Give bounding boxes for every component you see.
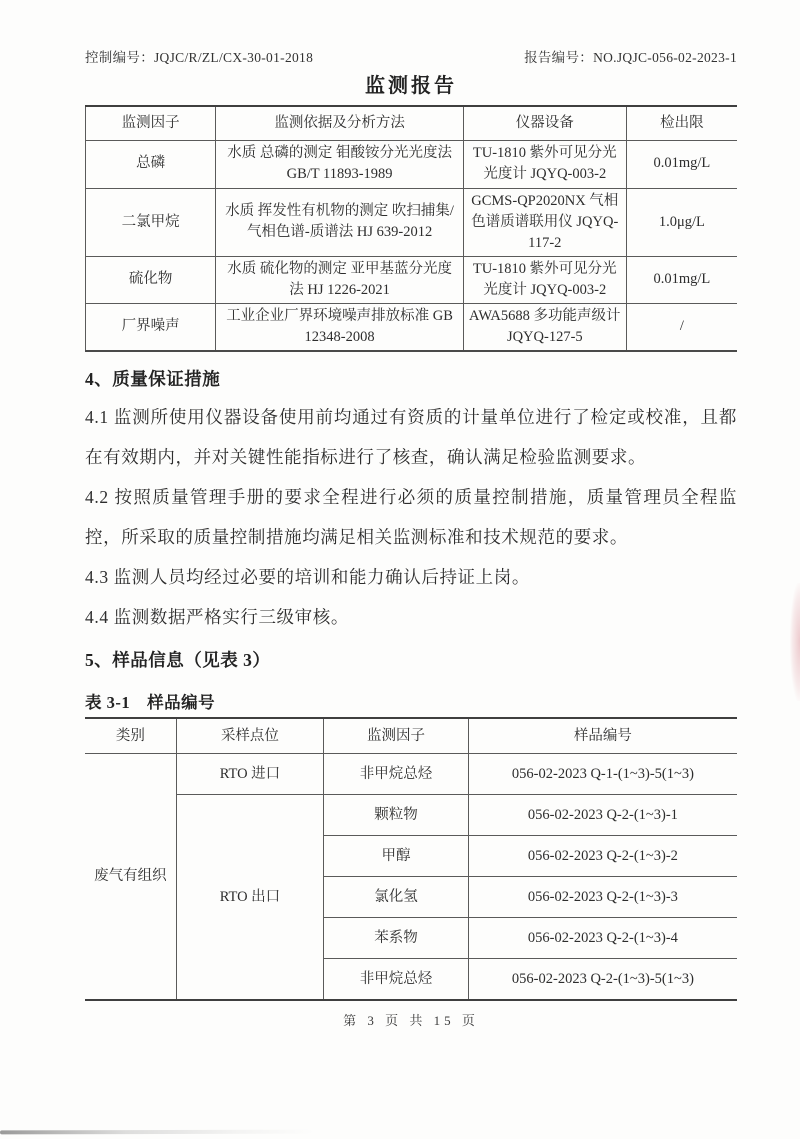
cell-sample-no: 056-02-2023 Q-2-(1~3)-5(1~3) <box>468 959 737 1000</box>
cell-factor: 总磷 <box>86 140 216 188</box>
methods-table-header-row: 监测因子 监测依据及分析方法 仪器设备 检出限 <box>86 106 738 140</box>
cell-instrument: TU-1810 紫外可见分光光度计 JQYQ-003-2 <box>463 256 626 303</box>
page-content: 控制编号：JQJC/R/ZL/CX-30-01-2018 报告编号：NO.JQJ… <box>85 46 737 1029</box>
cell-sample-no: 056-02-2023 Q-2-(1~3)-2 <box>468 836 737 877</box>
methods-table: 监测因子 监测依据及分析方法 仪器设备 检出限 总磷 水质 总磷的测定 钼酸铵分… <box>85 105 737 352</box>
cell-point: RTO 进口 <box>176 754 323 795</box>
samples-table-caption: 表 3-1 样品编号 <box>85 689 737 713</box>
cell-instrument: AWA5688 多功能声级计 JQYQ-127-5 <box>463 303 626 351</box>
document-header: 控制编号：JQJC/R/ZL/CX-30-01-2018 报告编号：NO.JQJ… <box>85 46 737 66</box>
cell-method: 水质 硫化物的测定 亚甲基蓝分光度法 HJ 1226-2021 <box>216 256 464 303</box>
cell-factor: 非甲烷总烃 <box>324 959 469 1000</box>
column-header-instrument: 仪器设备 <box>463 106 626 140</box>
column-header-category: 类别 <box>85 718 176 754</box>
column-header-method: 监测依据及分析方法 <box>216 106 464 140</box>
cell-method: 工业企业厂界环境噪声排放标准 GB 12348-2008 <box>216 303 464 351</box>
stamp-bleed-artifact <box>790 583 800 701</box>
column-header-limit: 检出限 <box>626 106 737 140</box>
cell-limit: 0.01mg/L <box>626 140 737 188</box>
table-row: 厂界噪声 工业企业厂界环境噪声排放标准 GB 12348-2008 AWA568… <box>86 303 738 351</box>
paragraph-4-2: 4.2 按照质量管理手册的要求全程进行必须的质量控制措施，质量管理员全程监控，所… <box>85 477 737 557</box>
cell-factor: 氯化氢 <box>324 877 469 918</box>
cell-category: 废气有组织 <box>85 754 176 1000</box>
paragraph-4-3: 4.3 监测人员均经过必要的培训和能力确认后持证上岗。 <box>85 557 737 597</box>
paragraph-4-1: 4.1 监测所使用仪器设备使用前均通过有资质的计量单位进行了检定或校准，且都在有… <box>85 397 737 477</box>
table-row: 总磷 水质 总磷的测定 钼酸铵分光光度法 GB/T 11893-1989 TU-… <box>86 140 738 188</box>
table-row: 二氯甲烷 水质 挥发性有机物的测定 吹扫捕集/气相色谱-质谱法 HJ 639-2… <box>86 188 738 256</box>
section-4-heading: 4、质量保证措施 <box>85 366 737 391</box>
cell-limit: 1.0μg/L <box>626 188 737 256</box>
cell-factor: 硫化物 <box>86 256 216 303</box>
cell-factor: 厂界噪声 <box>86 303 216 351</box>
cell-method: 水质 挥发性有机物的测定 吹扫捕集/气相色谱-质谱法 HJ 639-2012 <box>216 188 464 256</box>
table-row: 废气有组织 RTO 进口 非甲烷总烃 056-02-2023 Q-1-(1~3)… <box>85 754 737 795</box>
table-row: RTO 出口 颗粒物 056-02-2023 Q-2-(1~3)-1 <box>85 795 737 836</box>
cell-sample-no: 056-02-2023 Q-2-(1~3)-4 <box>468 918 737 959</box>
cell-limit: 0.01mg/L <box>626 256 737 303</box>
scan-edge-artifact <box>0 1130 315 1135</box>
page-number-indicator: 第 3 页 共 15 页 <box>85 1010 737 1029</box>
column-header-point: 采样点位 <box>176 718 323 754</box>
cell-factor: 二氯甲烷 <box>86 188 216 256</box>
report-number: 报告编号：NO.JQJC-056-02-2023-1 <box>524 46 737 66</box>
cell-factor: 颗粒物 <box>324 795 469 836</box>
cell-point: RTO 出口 <box>176 795 323 1000</box>
samples-table: 类别 采样点位 监测因子 样品编号 废气有组织 RTO 进口 非甲烷总烃 056… <box>85 717 737 1001</box>
table-row: 硫化物 水质 硫化物的测定 亚甲基蓝分光度法 HJ 1226-2021 TU-1… <box>86 256 738 303</box>
document-page: 控制编号：JQJC/R/ZL/CX-30-01-2018 报告编号：NO.JQJ… <box>0 0 800 1139</box>
column-header-factor: 监测因子 <box>86 106 216 140</box>
cell-sample-no: 056-02-2023 Q-2-(1~3)-1 <box>468 795 737 836</box>
cell-sample-no: 056-02-2023 Q-1-(1~3)-5(1~3) <box>468 754 737 795</box>
column-header-sample-no: 样品编号 <box>468 718 737 754</box>
cell-method: 水质 总磷的测定 钼酸铵分光光度法 GB/T 11893-1989 <box>216 140 464 188</box>
report-title: 监测报告 <box>85 69 737 98</box>
control-number: 控制编号：JQJC/R/ZL/CX-30-01-2018 <box>85 46 313 66</box>
cell-factor: 甲醇 <box>324 836 469 877</box>
cell-instrument: GCMS-QP2020NX 气相色谱质谱联用仪 JQYQ-117-2 <box>463 188 626 256</box>
column-header-factor: 监测因子 <box>324 718 469 754</box>
cell-instrument: TU-1810 紫外可见分光光度计 JQYQ-003-2 <box>463 140 626 188</box>
paragraph-4-4: 4.4 监测数据严格实行三级审核。 <box>85 597 737 637</box>
cell-factor: 非甲烷总烃 <box>324 754 469 795</box>
section-5-heading: 5、样品信息（见表 3） <box>85 647 737 672</box>
samples-table-header-row: 类别 采样点位 监测因子 样品编号 <box>85 718 737 754</box>
cell-factor: 苯系物 <box>324 918 469 959</box>
cell-sample-no: 056-02-2023 Q-2-(1~3)-3 <box>468 877 737 918</box>
cell-limit: / <box>626 303 737 351</box>
